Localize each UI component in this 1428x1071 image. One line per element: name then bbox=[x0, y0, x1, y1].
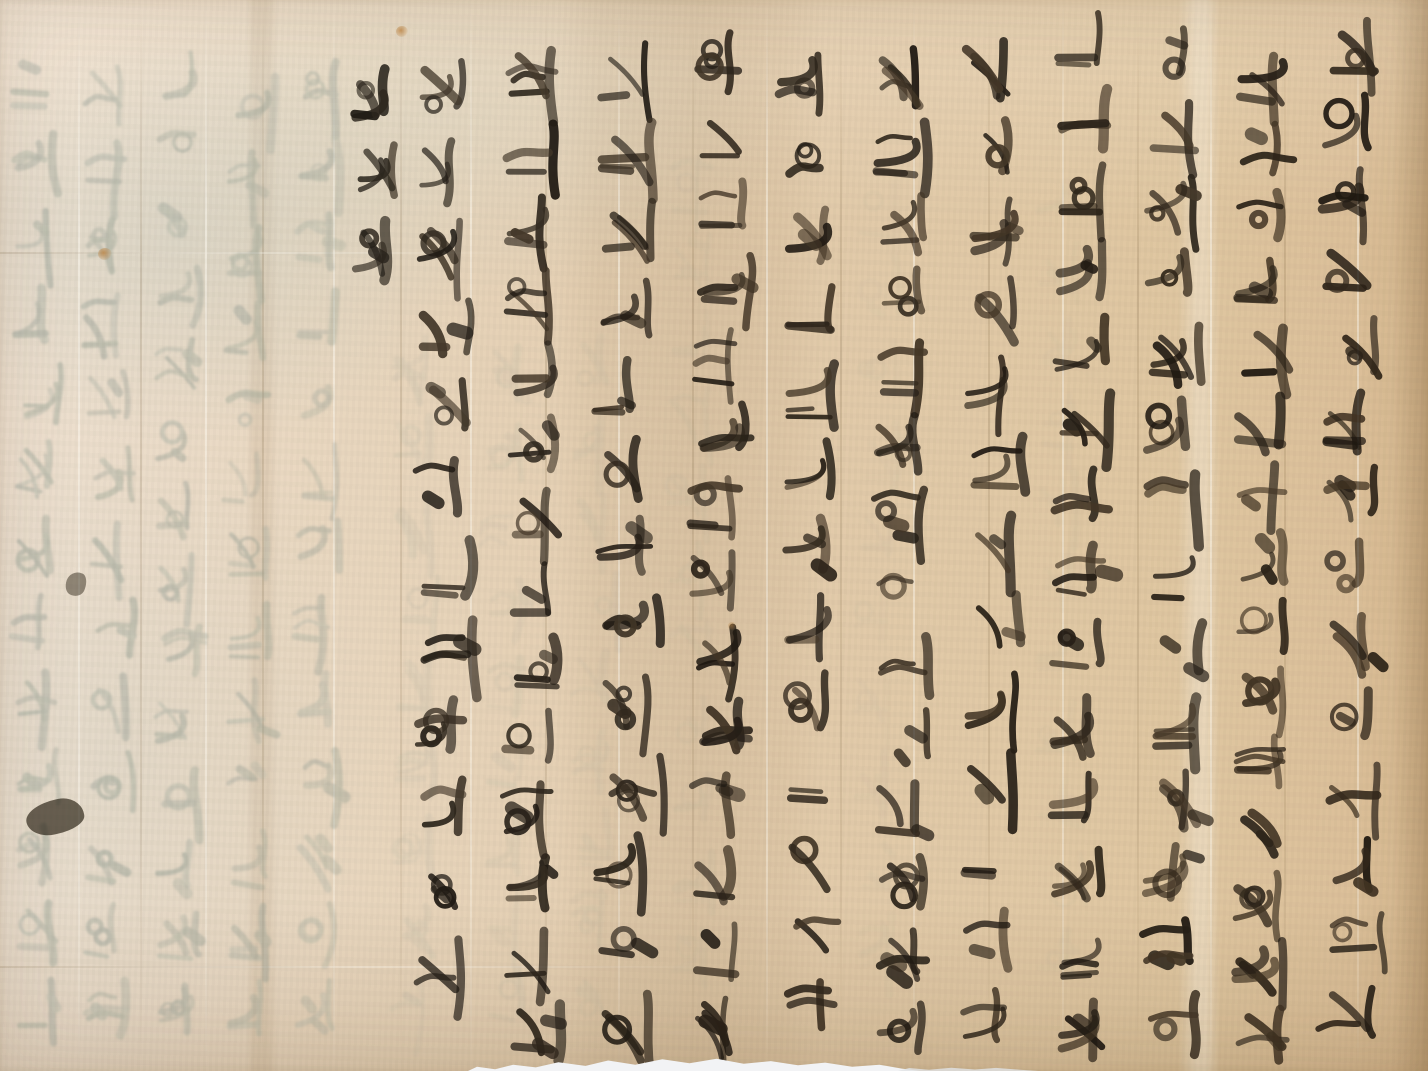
brush-stroke bbox=[979, 608, 1000, 646]
brush-stroke bbox=[453, 329, 467, 333]
brush-stroke bbox=[1009, 516, 1011, 593]
brush-stroke bbox=[790, 1000, 834, 1005]
brush-stroke bbox=[994, 539, 1002, 545]
text-column bbox=[412, 54, 488, 1012]
brush-stroke bbox=[1271, 465, 1275, 531]
brush-stroke bbox=[1010, 279, 1013, 327]
column-strokes bbox=[1140, 22, 1220, 1062]
column-strokes bbox=[1228, 50, 1312, 1071]
brush-stroke bbox=[458, 780, 462, 832]
brush-stroke bbox=[1011, 753, 1013, 830]
brush-stroke bbox=[1156, 1020, 1174, 1038]
brush-stroke bbox=[596, 879, 629, 884]
brush-stroke bbox=[424, 586, 463, 588]
brush-stroke bbox=[507, 152, 549, 158]
brush-stroke bbox=[1275, 873, 1278, 939]
brush-stroke bbox=[436, 407, 452, 423]
brush-stroke bbox=[975, 457, 1007, 481]
brush-stroke bbox=[724, 850, 732, 896]
brush-stroke bbox=[646, 281, 649, 335]
brush-stroke bbox=[701, 193, 735, 198]
brush-stroke bbox=[1143, 929, 1187, 935]
brush-stroke bbox=[792, 847, 827, 889]
text-column bbox=[500, 44, 578, 1071]
brush-stroke bbox=[518, 513, 539, 534]
brush-stroke bbox=[1193, 815, 1209, 821]
brush-stroke bbox=[1151, 1014, 1196, 1019]
brush-stroke bbox=[720, 788, 729, 792]
brush-stroke bbox=[1006, 632, 1021, 637]
brush-stroke bbox=[1198, 326, 1201, 382]
brush-stroke bbox=[1013, 674, 1016, 751]
brush-stroke bbox=[1326, 101, 1352, 127]
brush-stroke bbox=[1058, 590, 1084, 594]
brush-stroke bbox=[788, 988, 828, 994]
brush-stroke bbox=[706, 935, 714, 943]
brush-stroke bbox=[889, 522, 903, 526]
brush-stroke bbox=[974, 485, 1016, 487]
brush-stroke bbox=[925, 122, 928, 193]
brush-stroke bbox=[791, 798, 825, 800]
brush-stroke bbox=[966, 49, 999, 89]
brush-stroke bbox=[1330, 794, 1377, 800]
brush-stroke bbox=[1003, 911, 1008, 968]
brush-stroke bbox=[914, 784, 915, 829]
brush-stroke bbox=[1279, 669, 1283, 735]
brush-stroke bbox=[899, 753, 906, 762]
brush-stroke bbox=[704, 299, 733, 301]
column-strokes bbox=[1318, 14, 1402, 1056]
brush-stroke bbox=[1103, 89, 1107, 148]
brush-stroke bbox=[1166, 60, 1183, 77]
brush-stroke bbox=[458, 940, 461, 1017]
brush-stroke bbox=[994, 990, 997, 1040]
brush-stroke bbox=[737, 279, 753, 288]
brush-stroke bbox=[1169, 40, 1184, 45]
brush-stroke bbox=[614, 705, 626, 713]
brush-stroke bbox=[1266, 569, 1273, 579]
brush-stroke bbox=[507, 311, 546, 315]
brush-stroke bbox=[506, 749, 531, 750]
brush-stroke bbox=[1099, 850, 1102, 894]
brush-stroke bbox=[1154, 597, 1182, 598]
brush-stroke bbox=[1148, 487, 1183, 494]
brush-stroke bbox=[1238, 440, 1282, 445]
brush-stroke bbox=[1333, 71, 1375, 72]
brush-stroke bbox=[637, 943, 653, 952]
brush-stroke bbox=[880, 789, 901, 824]
brush-stroke bbox=[540, 931, 544, 1002]
brush-stroke bbox=[1239, 202, 1281, 207]
brush-stroke bbox=[465, 540, 473, 595]
brush-stroke bbox=[692, 780, 724, 785]
brush-stroke bbox=[1243, 155, 1293, 162]
brush-stroke bbox=[874, 493, 918, 499]
column-strokes bbox=[592, 36, 674, 1066]
text-column bbox=[958, 34, 1038, 1062]
brush-stroke bbox=[643, 677, 648, 754]
brush-stroke bbox=[1371, 467, 1374, 512]
brush-stroke bbox=[614, 929, 634, 949]
brush-stroke bbox=[1165, 641, 1176, 649]
brush-stroke bbox=[696, 358, 727, 363]
text-column bbox=[1228, 50, 1312, 1071]
brush-stroke bbox=[702, 225, 740, 226]
brush-stroke bbox=[1187, 855, 1200, 859]
brush-stroke bbox=[547, 426, 554, 435]
brush-stroke bbox=[517, 685, 557, 687]
brush-stroke bbox=[789, 371, 828, 394]
brush-stroke bbox=[1097, 622, 1101, 664]
brush-stroke bbox=[374, 252, 384, 258]
brush-stroke bbox=[791, 790, 821, 792]
brush-stroke bbox=[893, 972, 906, 982]
brush-stroke bbox=[621, 401, 632, 406]
brush-stroke bbox=[788, 326, 830, 330]
brush-stroke bbox=[796, 920, 838, 927]
brush-stroke bbox=[876, 171, 915, 175]
brush-stroke bbox=[974, 950, 990, 954]
brush-stroke bbox=[1252, 213, 1265, 226]
brush-stroke bbox=[1348, 50, 1364, 66]
brush-stroke bbox=[1058, 64, 1089, 65]
brush-stroke bbox=[1339, 577, 1352, 590]
brush-stroke bbox=[1062, 433, 1096, 434]
brush-stroke bbox=[425, 151, 446, 182]
brush-stroke bbox=[1327, 553, 1343, 569]
text-column bbox=[778, 48, 856, 1052]
brush-stroke bbox=[1184, 252, 1188, 293]
brush-stroke bbox=[1242, 62, 1284, 79]
brush-stroke bbox=[1155, 558, 1193, 577]
brush-stroke bbox=[647, 994, 650, 1071]
text-column bbox=[1318, 14, 1402, 1056]
brush-stroke bbox=[602, 166, 633, 167]
brush-stroke bbox=[544, 655, 553, 659]
brush-stroke bbox=[660, 756, 664, 833]
brush-stroke bbox=[1061, 123, 1105, 126]
brush-stroke bbox=[1063, 973, 1097, 975]
brush-stroke bbox=[508, 291, 545, 298]
brush-stroke bbox=[1277, 1009, 1280, 1060]
brush-stroke bbox=[789, 167, 819, 174]
brush-stroke bbox=[881, 667, 925, 673]
brush-stroke bbox=[553, 124, 555, 195]
brush-stroke bbox=[539, 784, 544, 855]
brush-stroke bbox=[1327, 440, 1362, 441]
brush-stroke bbox=[884, 382, 917, 383]
brush-stroke bbox=[460, 642, 475, 650]
brush-stroke bbox=[1282, 601, 1284, 651]
brush-stroke bbox=[1240, 97, 1272, 102]
brush-stroke bbox=[416, 466, 453, 471]
brush-stroke bbox=[821, 673, 826, 728]
brush-stroke bbox=[1336, 851, 1366, 880]
column-strokes bbox=[958, 34, 1038, 1062]
brush-stroke bbox=[507, 973, 544, 975]
brush-stroke bbox=[910, 730, 923, 738]
brush-stroke bbox=[515, 233, 529, 240]
brush-stroke bbox=[424, 593, 455, 596]
brush-stroke bbox=[1273, 124, 1278, 173]
brush-stroke bbox=[884, 392, 916, 393]
text-column bbox=[1140, 22, 1220, 1062]
brush-stroke bbox=[921, 196, 923, 238]
brush-stroke bbox=[526, 590, 541, 599]
brush-stroke bbox=[1328, 272, 1346, 290]
brush-stroke bbox=[741, 181, 743, 225]
brush-stroke bbox=[1069, 425, 1077, 431]
brush-stroke bbox=[1359, 170, 1363, 242]
brush-stroke bbox=[965, 870, 994, 871]
brush-stroke bbox=[1359, 883, 1374, 892]
brush-stroke bbox=[425, 804, 454, 825]
brush-stroke bbox=[890, 278, 910, 298]
brush-stroke bbox=[1365, 691, 1369, 736]
brush-stroke bbox=[606, 247, 631, 249]
text-column bbox=[868, 42, 948, 1071]
brush-stroke bbox=[817, 565, 830, 575]
brush-stroke bbox=[614, 216, 645, 246]
brush-stroke bbox=[1277, 192, 1281, 237]
brush-stroke bbox=[1058, 559, 1104, 566]
text-column bbox=[688, 26, 766, 1066]
brush-stroke bbox=[428, 497, 439, 504]
brush-stroke bbox=[548, 711, 550, 760]
brush-stroke bbox=[788, 409, 813, 411]
brush-stroke bbox=[538, 1044, 553, 1053]
brush-stroke bbox=[1238, 417, 1265, 453]
brush-stroke bbox=[728, 33, 730, 92]
brush-stroke bbox=[918, 1004, 922, 1051]
brush-stroke bbox=[878, 136, 911, 142]
brush-stroke bbox=[1334, 924, 1350, 940]
brush-stroke bbox=[1193, 995, 1196, 1055]
column-strokes bbox=[688, 26, 766, 1066]
brush-stroke bbox=[1333, 947, 1374, 950]
brush-stroke bbox=[710, 123, 738, 151]
brush-stroke bbox=[1373, 658, 1383, 667]
brush-stroke bbox=[989, 147, 1007, 165]
brush-stroke bbox=[1375, 765, 1377, 837]
brush-stroke bbox=[894, 215, 918, 253]
brush-stroke bbox=[1099, 165, 1102, 239]
brush-stroke bbox=[818, 55, 820, 113]
brush-stroke bbox=[546, 1020, 561, 1023]
brush-stroke bbox=[1280, 533, 1284, 582]
brush-stroke bbox=[1261, 540, 1268, 548]
brush-stroke bbox=[1318, 1023, 1358, 1029]
column-strokes bbox=[500, 44, 578, 1071]
brush-stroke bbox=[981, 791, 987, 798]
brush-stroke bbox=[1197, 623, 1202, 670]
brush-stroke bbox=[1245, 372, 1274, 373]
brush-stroke bbox=[549, 51, 553, 122]
brush-stroke bbox=[1053, 739, 1084, 741]
brush-stroke bbox=[878, 142, 917, 163]
brush-stroke bbox=[1356, 542, 1360, 584]
brush-stroke bbox=[1056, 496, 1088, 501]
brush-stroke bbox=[1078, 1020, 1085, 1025]
brush-stroke bbox=[887, 959, 901, 966]
brush-stroke bbox=[1255, 287, 1268, 293]
brush-stroke bbox=[697, 970, 735, 974]
brush-stroke bbox=[1195, 475, 1199, 547]
brush-stroke bbox=[1189, 668, 1203, 676]
brush-stroke bbox=[610, 59, 642, 94]
brush-stroke bbox=[919, 490, 924, 561]
text-column bbox=[346, 62, 404, 290]
brush-stroke bbox=[1104, 317, 1105, 360]
brush-stroke bbox=[1106, 393, 1110, 467]
brush-stroke bbox=[968, 694, 1002, 716]
brush-stroke bbox=[1380, 914, 1385, 972]
column-strokes bbox=[1048, 6, 1130, 1071]
brush-stroke bbox=[1246, 500, 1255, 507]
brush-stroke bbox=[1237, 299, 1274, 301]
brush-stroke bbox=[926, 637, 930, 695]
brush-stroke bbox=[657, 598, 661, 644]
brush-stroke bbox=[1100, 241, 1103, 297]
brush-stroke bbox=[898, 535, 914, 538]
brush-stroke bbox=[450, 700, 453, 749]
brush-stroke bbox=[1060, 249, 1089, 273]
brush-stroke bbox=[1020, 437, 1025, 492]
brush-stroke bbox=[912, 416, 918, 471]
manuscript-photo bbox=[0, 0, 1428, 1071]
brush-stroke bbox=[509, 898, 534, 899]
brush-stroke bbox=[1055, 505, 1109, 511]
brush-stroke bbox=[559, 1004, 562, 1060]
brush-stroke bbox=[926, 710, 928, 756]
brush-stroke bbox=[1156, 745, 1189, 746]
brush-stroke bbox=[696, 894, 732, 898]
brush-stroke bbox=[638, 836, 643, 913]
brush-stroke bbox=[508, 725, 529, 746]
brush-stroke bbox=[649, 123, 653, 200]
brush-stroke bbox=[1251, 134, 1261, 139]
brush-stroke bbox=[544, 564, 549, 613]
brush-stroke bbox=[779, 89, 813, 94]
brush-stroke bbox=[974, 449, 1020, 456]
brush-stroke bbox=[827, 441, 832, 496]
brush-stroke bbox=[1052, 663, 1086, 667]
brush-stroke bbox=[472, 620, 477, 697]
brush-stroke bbox=[1282, 941, 1283, 1007]
brush-stroke bbox=[426, 97, 441, 112]
brush-stroke bbox=[690, 526, 729, 529]
brush-stroke bbox=[878, 503, 894, 519]
text-column bbox=[1048, 6, 1130, 1071]
brush-stroke bbox=[696, 341, 735, 346]
brush-stroke bbox=[650, 202, 652, 258]
brush-stroke bbox=[1064, 940, 1099, 962]
brush-stroke bbox=[595, 411, 622, 412]
brush-stroke bbox=[644, 43, 649, 120]
brush-stroke bbox=[1350, 351, 1358, 356]
column-strokes bbox=[412, 54, 488, 1012]
column-strokes bbox=[868, 42, 948, 1071]
brush-stroke bbox=[1102, 571, 1117, 575]
brush-stroke bbox=[804, 235, 816, 246]
column-strokes bbox=[778, 48, 856, 1052]
brush-stroke bbox=[601, 95, 626, 98]
brush-stroke bbox=[879, 830, 917, 834]
brush-stroke bbox=[1091, 546, 1093, 589]
brush-stroke bbox=[1279, 397, 1281, 445]
column-strokes bbox=[346, 62, 404, 290]
brush-stroke bbox=[1364, 95, 1368, 147]
brush-stroke bbox=[424, 790, 462, 797]
brush-stroke bbox=[1172, 957, 1181, 960]
brush-stroke bbox=[1340, 716, 1352, 722]
brush-stroke bbox=[788, 417, 831, 418]
text-column bbox=[592, 36, 674, 1066]
